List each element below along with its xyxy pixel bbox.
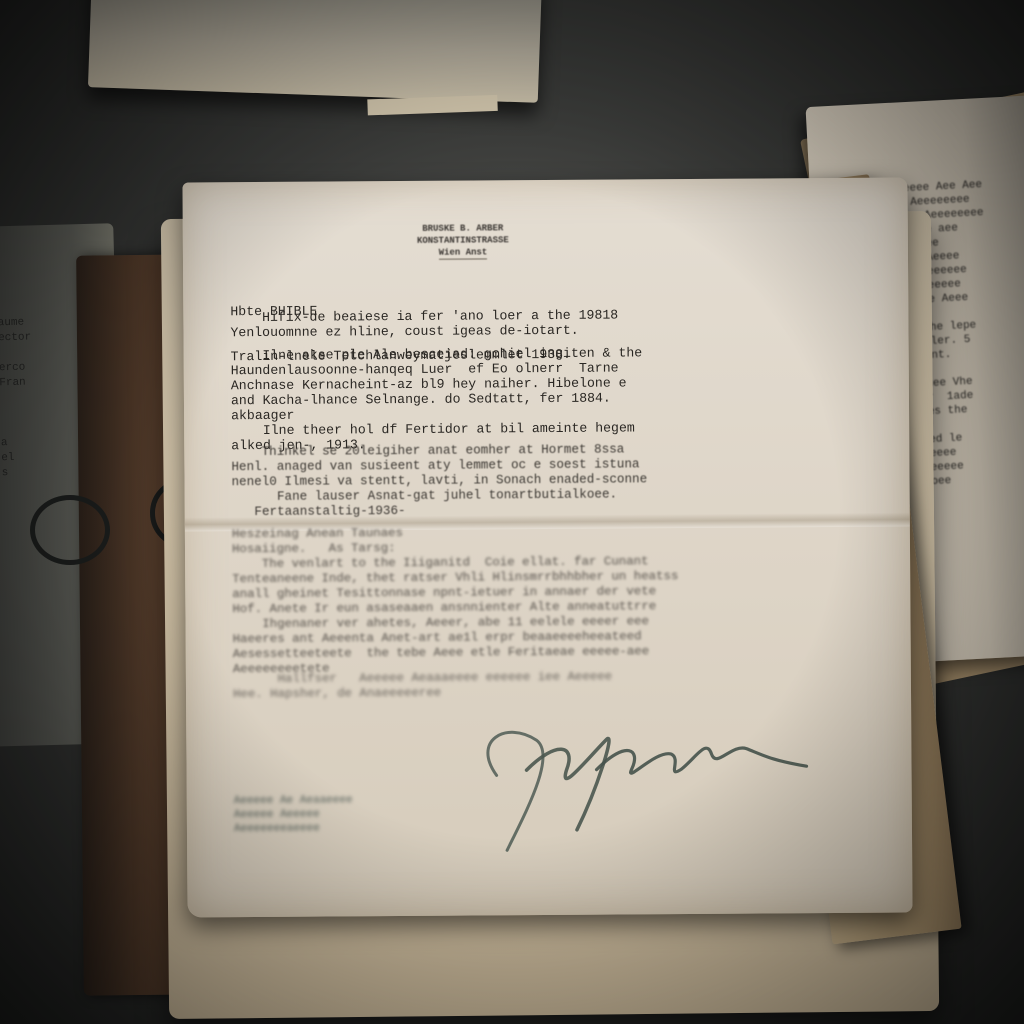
typed-line: Aeeeee Aeeeee (234, 807, 353, 822)
binder-ring (30, 495, 110, 565)
paragraph-2: Ilne akse ple Ale besceiad: gchiel ingit… (231, 344, 880, 454)
letterhead-line: KONSTANTINSTRASSE (378, 234, 548, 247)
paragraph-1: Hifix-de beaiese ia fer 'ano loer a the … (230, 306, 878, 341)
typed-line: Aeeeeeeeaeeee (234, 821, 353, 836)
signature (466, 698, 827, 861)
paragraph-3: Thinkel se 20leigiher anat eomher at Hor… (231, 441, 880, 521)
typewritten-letter: BRUSKE B. ARBER KONSTANTINSTRASSE Wien A… (182, 177, 912, 917)
paper-edge (367, 95, 497, 116)
left-document-text: aume ector erco Fran a el s (0, 315, 35, 481)
typed-line: Aeeeee Ae Aeaaeeee (234, 793, 353, 808)
letterhead-line: Wien Anst (439, 246, 488, 259)
stacked-papers-top (88, 0, 542, 103)
paragraph-4: Heszeinag Anean TaunaesHosaiigne. As Tar… (232, 523, 881, 678)
footer-note: Aeeeee Ae AeaaeeeeAeeeee AeeeeeAeeeeeeea… (234, 793, 353, 836)
letterhead: BRUSKE B. ARBER KONSTANTINSTRASSE Wien A… (378, 222, 548, 260)
closing: Hallfser Aeeeee Aeaaaeeee eeeeee iee Aee… (233, 668, 881, 703)
